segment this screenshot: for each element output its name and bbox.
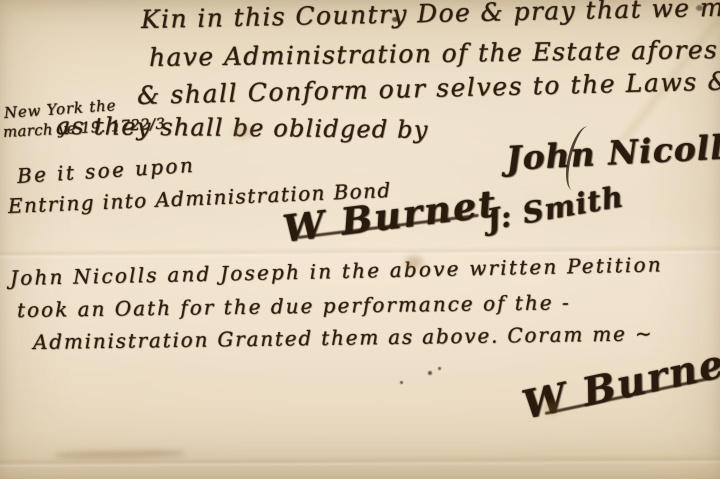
signature-j-smith: J: Smith <box>484 179 626 237</box>
ink-speck <box>428 371 432 375</box>
paper-smudge <box>55 450 185 459</box>
petition-line-3: & shall Conform our selves to the Laws &… <box>137 66 720 110</box>
order-line-1: Be it soe upon <box>16 153 196 188</box>
signature-john-nicolls: John Nicolls <box>505 127 720 178</box>
manuscript-page: Kin in this Country Doe & pray that we m… <box>0 0 720 479</box>
petition-line-2: have Administration of the Estate afores… <box>149 35 720 72</box>
ink-speck <box>400 381 403 384</box>
oath-line-2: took an Oath for the due performance of … <box>17 290 571 322</box>
petition-line-1: Kin in this Country Doe & pray that we m… <box>141 0 720 34</box>
ink-speck <box>438 367 441 370</box>
signature-w-burnet-oath: W Burnet <box>518 336 720 428</box>
fold-crease-bottom <box>0 454 720 468</box>
oath-line-1: John Nicolls and Joseph in the above wri… <box>10 252 663 290</box>
oath-line-3: Administration Granted them as above. Co… <box>33 321 654 354</box>
